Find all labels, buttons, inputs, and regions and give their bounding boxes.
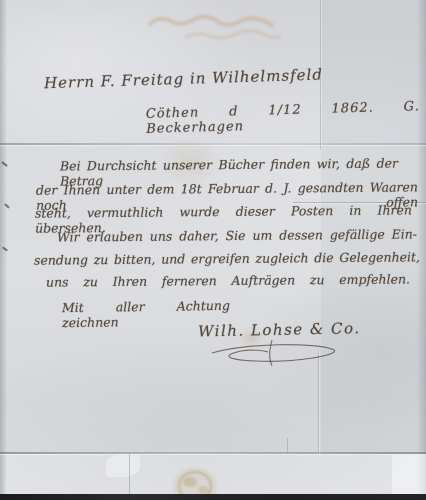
paper-highlight-bottom-left — [106, 455, 140, 477]
photo-edge-strip — [0, 494, 426, 500]
letter-photo: Herrn F. Freitag in Wilhelmsfeld Cöthen … — [0, 0, 426, 500]
fold-crease-horizontal-upper — [0, 143, 426, 145]
paper-edge-shadow-left — [0, 0, 7, 500]
fold-crease-vertical-bottom-left — [129, 454, 130, 496]
fold-crease-vertical-bottom-mid — [287, 438, 288, 453]
recipient-line: Herrn F. Freitag in Wilhelmsfeld — [44, 66, 312, 92]
fold-crease-vertical-middle — [318, 350, 319, 454]
date-line: Cöthen d 1/12 1862. G. Beckerhagen — [146, 99, 421, 137]
fold-crease-horizontal-lower — [0, 452, 426, 454]
ink-bleedthrough-stain — [0, 0, 426, 70]
paper-shading-bottom — [0, 453, 426, 500]
body-line: sendung zu bitten, und ergreifen zugleic… — [34, 249, 420, 267]
paper-speck — [4, 203, 10, 209]
body-line: uns zu Ihren ferneren Aufträgen zu empfe… — [46, 271, 410, 289]
signature-line: Wilh. Lohse & Co. — [198, 319, 344, 340]
paper-highlight-bottom-right — [392, 455, 426, 496]
paper-speck — [1, 161, 8, 167]
paper-speck — [2, 246, 8, 251]
body-line: Wir erlauben uns daher, Sie um dessen ge… — [57, 226, 417, 244]
